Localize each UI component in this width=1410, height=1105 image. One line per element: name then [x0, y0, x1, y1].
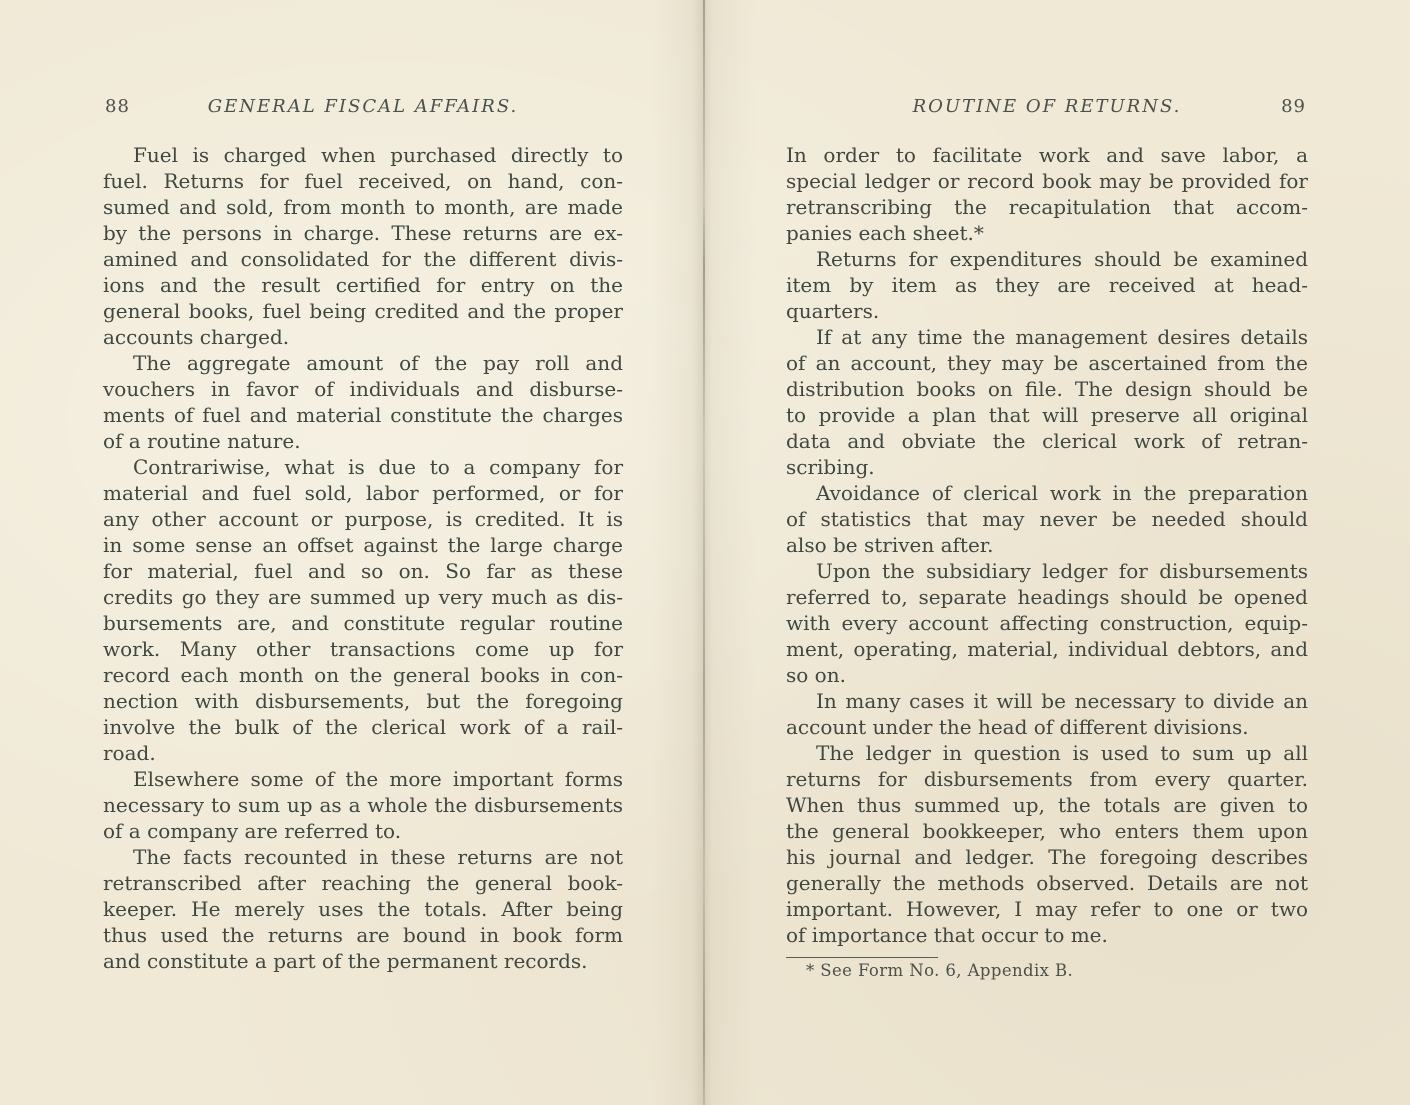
text-line: for material, fuel and so on. So far as …: [103, 558, 623, 584]
text-line: Avoidance of clerical work in the prepar…: [786, 480, 1308, 506]
paragraph: Elsewhere some of the more important for…: [103, 766, 623, 844]
text-line: The ledger in question is used to sum up…: [786, 740, 1308, 766]
page-number: 89: [1281, 96, 1306, 117]
left-page-body: Fuel is charged when purchased directly …: [103, 142, 623, 974]
text-line: of statistics that may never be needed s…: [786, 506, 1308, 532]
text-line: retranscribing the recapitulation that a…: [786, 194, 1308, 220]
text-line: quarters.: [786, 298, 1308, 324]
text-line: general books, fuel being credited and t…: [103, 298, 623, 324]
text-line: sumed and sold, from month to month, are…: [103, 194, 623, 220]
paragraph: The aggregate amount of the pay roll and…: [103, 350, 623, 454]
text-line: keeper. He merely uses the totals. After…: [103, 896, 623, 922]
text-line: The facts recounted in these returns are…: [103, 844, 623, 870]
footnote: * See Form No. 6, Appendix B.: [786, 957, 1308, 981]
right-page-header: ROUTINE OF RETURNS. 89: [786, 96, 1308, 120]
text-line: Fuel is charged when purchased directly …: [103, 142, 623, 168]
text-line: and constitute a part of the permanent r…: [103, 948, 623, 974]
paragraph: The facts recounted in these returns are…: [103, 844, 623, 974]
text-line: work. Many other transactions come up fo…: [103, 636, 623, 662]
book-gutter-shadow: [652, 0, 756, 1105]
paragraph: Avoidance of clerical work in the prepar…: [786, 480, 1308, 558]
text-line: to provide a plan that will preserve all…: [786, 402, 1308, 428]
text-line: nection with disbursements, but the fore…: [103, 688, 623, 714]
text-line: credits go they are summed up very much …: [103, 584, 623, 610]
text-line: the general bookkeeper, who enters them …: [786, 818, 1308, 844]
text-line: scribing.: [786, 454, 1308, 480]
running-header: ROUTINE OF RETURNS.: [786, 96, 1308, 117]
text-line: If at any time the management desires de…: [786, 324, 1308, 350]
text-line: in some sense an offset against the larg…: [103, 532, 623, 558]
paragraph: In order to facilitate work and save lab…: [786, 142, 1308, 246]
running-header: GENERAL FISCAL AFFAIRS.: [103, 96, 623, 117]
text-line: When thus summed up, the totals are give…: [786, 792, 1308, 818]
text-line: panies each sheet.*: [786, 220, 1308, 246]
text-line: involve the bulk of the clerical work of…: [103, 714, 623, 740]
book-gutter-crease: [703, 0, 705, 1105]
paragraph: If at any time the management desires de…: [786, 324, 1308, 480]
text-line: generally the methods observed. Details …: [786, 870, 1308, 896]
text-line: any other account or purpose, is credite…: [103, 506, 623, 532]
text-line: Elsewhere some of the more important for…: [103, 766, 623, 792]
text-line: his journal and ledger. The foregoing de…: [786, 844, 1308, 870]
text-line: of an account, they may be ascertained f…: [786, 350, 1308, 376]
text-line: Returns for expenditures should be exami…: [786, 246, 1308, 272]
left-page: 88 GENERAL FISCAL AFFAIRS. Fuel is charg…: [103, 96, 623, 974]
text-line: In many cases it will be necessary to di…: [786, 688, 1308, 714]
text-line: account under the head of different divi…: [786, 714, 1308, 740]
right-page-body: In order to facilitate work and save lab…: [786, 142, 1308, 948]
text-line: road.: [103, 740, 623, 766]
text-line: bursements are, and constitute regular r…: [103, 610, 623, 636]
text-line: Upon the subsidiary ledger for disbursem…: [786, 558, 1308, 584]
paragraph: Returns for expenditures should be exami…: [786, 246, 1308, 324]
text-line: distribution books on file. The design s…: [786, 376, 1308, 402]
text-line: In order to facilitate work and save lab…: [786, 142, 1308, 168]
left-page-header: 88 GENERAL FISCAL AFFAIRS.: [103, 96, 623, 120]
text-line: important. However, I may refer to one o…: [786, 896, 1308, 922]
text-line: of importance that occur to me.: [786, 922, 1308, 948]
right-page: ROUTINE OF RETURNS. 89 In order to facil…: [786, 96, 1308, 981]
paragraph: In many cases it will be necessary to di…: [786, 688, 1308, 740]
text-line: The aggregate amount of the pay roll and: [103, 350, 623, 376]
text-line: special ledger or record book may be pro…: [786, 168, 1308, 194]
text-line: material and fuel sold, labor performed,…: [103, 480, 623, 506]
text-line: ments of fuel and material constitute th…: [103, 402, 623, 428]
text-line: by the persons in charge. These returns …: [103, 220, 623, 246]
text-line: retranscribed after reaching the general…: [103, 870, 623, 896]
text-line: amined and consolidated for the differen…: [103, 246, 623, 272]
text-line: of a company are referred to.: [103, 818, 623, 844]
text-line: thus used the returns are bound in book …: [103, 922, 623, 948]
paragraph: Contrariwise, what is due to a company f…: [103, 454, 623, 766]
footnote-rule: [786, 957, 938, 958]
text-line: necessary to sum up as a whole the disbu…: [103, 792, 623, 818]
book-scan-page: { "colors": { "paper": "#f0e9d6", "ink":…: [0, 0, 1410, 1105]
page-number: 88: [105, 96, 130, 117]
text-line: so on.: [786, 662, 1308, 688]
footnote-text: * See Form No. 6, Appendix B.: [786, 961, 1308, 981]
text-line: fuel. Returns for fuel received, on hand…: [103, 168, 623, 194]
text-line: data and obviate the clerical work of re…: [786, 428, 1308, 454]
text-line: accounts charged.: [103, 324, 623, 350]
paragraph: The ledger in question is used to sum up…: [786, 740, 1308, 948]
text-line: ment, operating, material, individual de…: [786, 636, 1308, 662]
text-line: with every account affecting constructio…: [786, 610, 1308, 636]
text-line: referred to, separate headings should be…: [786, 584, 1308, 610]
text-line: Contrariwise, what is due to a company f…: [103, 454, 623, 480]
text-line: of a routine nature.: [103, 428, 623, 454]
text-line: record each month on the general books i…: [103, 662, 623, 688]
paragraph: Fuel is charged when purchased directly …: [103, 142, 623, 350]
text-line: ions and the result certified for entry …: [103, 272, 623, 298]
text-line: vouchers in favor of individuals and dis…: [103, 376, 623, 402]
paragraph: Upon the subsidiary ledger for disbursem…: [786, 558, 1308, 688]
text-line: also be striven after.: [786, 532, 1308, 558]
text-line: returns for disbursements from every qua…: [786, 766, 1308, 792]
text-line: item by item as they are received at hea…: [786, 272, 1308, 298]
